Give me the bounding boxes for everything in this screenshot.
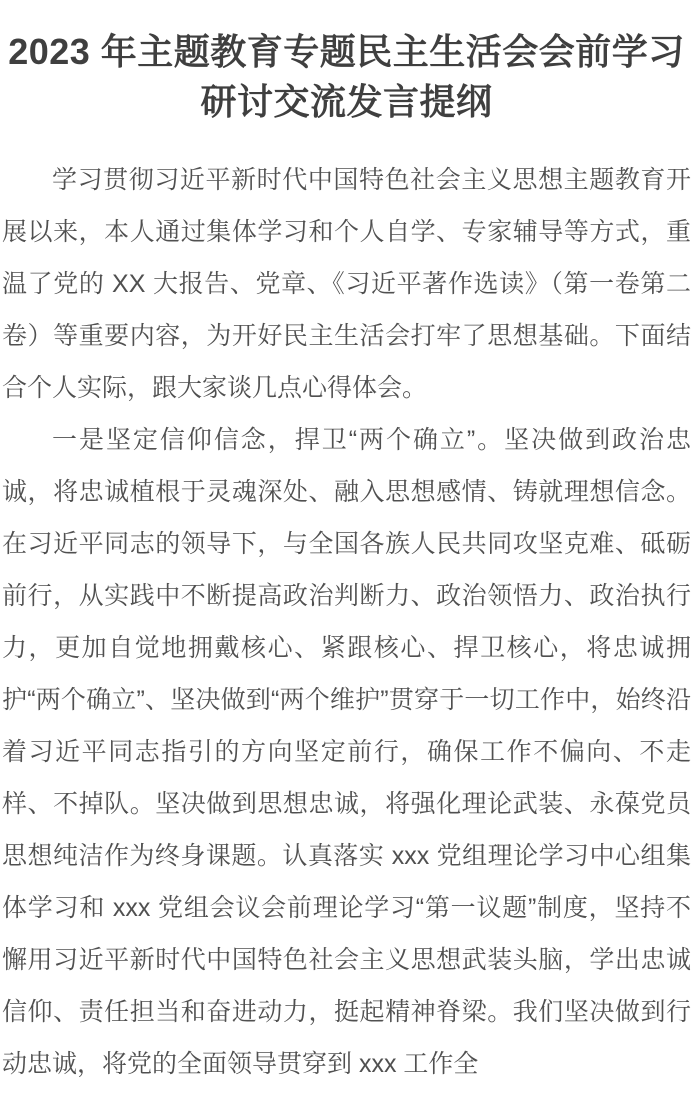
document-page: 2023 年主题教育专题民主生活会会前学习 研讨交流发言提纲 学习贯彻习近平新时… (0, 0, 693, 1097)
document-title: 2023 年主题教育专题民主生活会会前学习 研讨交流发言提纲 (2, 27, 691, 127)
paragraph-point-one: 一是坚定信仰信念，捍卫“两个确立”。坚决做到政治忠诚，将忠诚植根于灵魂深处、融入… (2, 414, 691, 1090)
title-line-2: 研讨交流发言提纲 (2, 77, 691, 127)
paragraph-intro: 学习贯彻习近平新时代中国特色社会主义思想主题教育开展以来，本人通过集体学习和个人… (2, 154, 691, 414)
title-line-1: 2023 年主题教育专题民主生活会会前学习 (2, 27, 691, 77)
document-body: 学习贯彻习近平新时代中国特色社会主义思想主题教育开展以来，本人通过集体学习和个人… (2, 154, 691, 1090)
